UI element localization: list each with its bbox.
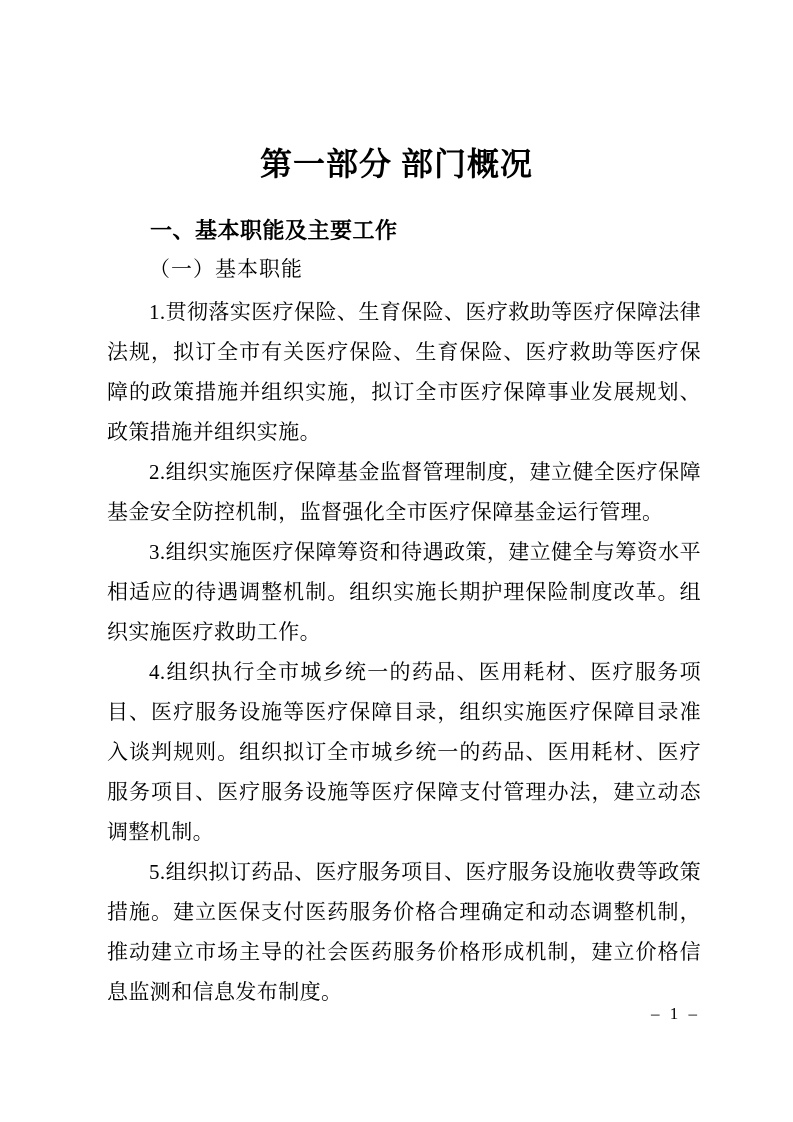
paragraph-2: 2.组织实施医疗保障基金监督管理制度，建立健全医疗保障基金安全防控机制，监督强化… <box>107 452 701 532</box>
paragraph-5: 5.组织拟订药品、医疗服务项目、医疗服务设施收费等政策措施。建立医保支付医药服务… <box>107 852 701 1012</box>
paragraph-4: 4.组织执行全市城乡统一的药品、医用耗材、医疗服务项目、医疗服务设施等医疗保障目… <box>107 652 701 852</box>
subsection-heading: （一）基本职能 <box>107 250 701 288</box>
paragraph-1: 1.贯彻落实医疗保险、生育保险、医疗救助等医疗保障法律法规，拟订全市有关医疗保险… <box>107 292 701 452</box>
paragraph-3: 3.组织实施医疗保障筹资和待遇政策，建立健全与筹资水平相适应的待遇调整机制。组织… <box>107 532 701 652</box>
section-heading: 一、基本职能及主要工作 <box>107 212 701 250</box>
document-content: 一、基本职能及主要工作 （一）基本职能 1.贯彻落实医疗保险、生育保险、医疗救助… <box>107 212 701 1012</box>
document-page: 第一部分 部门概况 一、基本职能及主要工作 （一）基本职能 1.贯彻落实医疗保险… <box>0 0 793 1122</box>
body-text: 1.贯彻落实医疗保险、生育保险、医疗救助等医疗保障法律法规，拟订全市有关医疗保险… <box>107 292 701 1012</box>
page-number: – 1 – <box>651 1003 700 1025</box>
document-title: 第一部分 部门概况 <box>0 0 793 186</box>
